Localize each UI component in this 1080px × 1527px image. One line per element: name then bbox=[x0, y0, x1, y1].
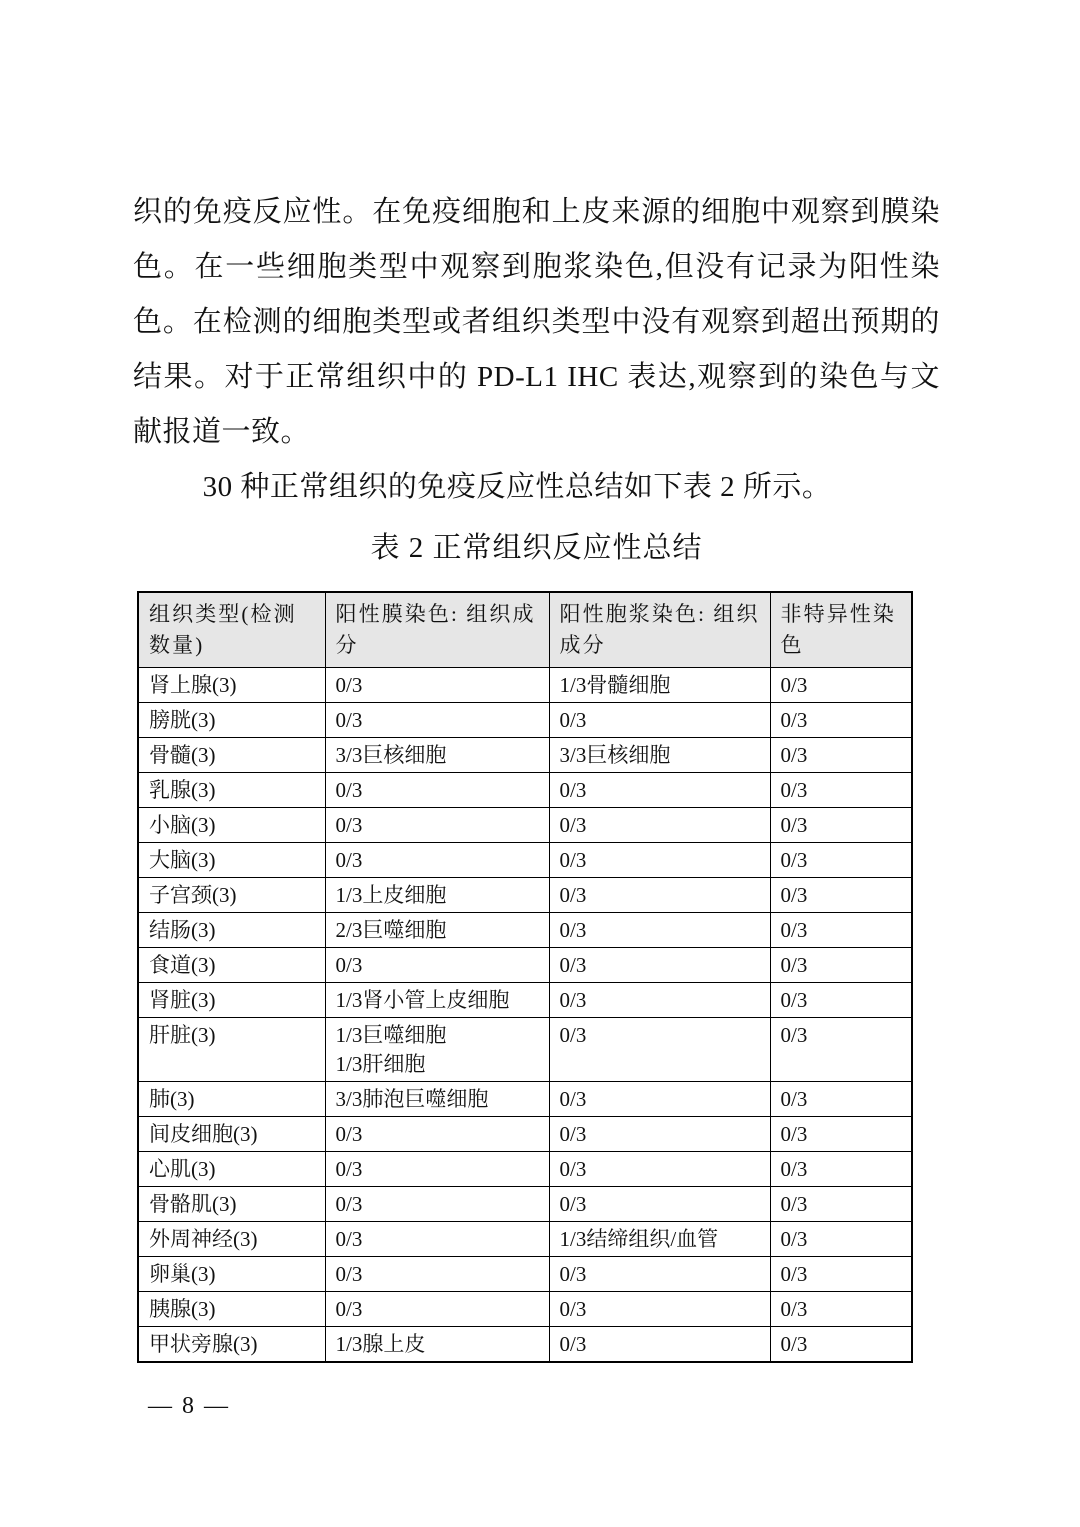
table-cell: 0/3 bbox=[325, 703, 549, 738]
table-cell: 0/3 bbox=[549, 1117, 770, 1152]
table-cell: 胰腺(3) bbox=[138, 1292, 325, 1327]
table-cell: 间皮细胞(3) bbox=[138, 1117, 325, 1152]
body-paragraph-1: 织的免疫反应性。在免疫细胞和上皮来源的细胞中观察到膜染色。在一些细胞类型中观察到… bbox=[133, 185, 940, 460]
table-cell: 0/3 bbox=[770, 1292, 912, 1327]
table-cell: 0/3 bbox=[770, 1117, 912, 1152]
table-cell: 0/3 bbox=[770, 703, 912, 738]
table-cell: 0/3 bbox=[770, 808, 912, 843]
document-page: 织的免疫反应性。在免疫细胞和上皮来源的细胞中观察到膜染色。在一些细胞类型中观察到… bbox=[0, 0, 1080, 1527]
table-cell: 0/3 bbox=[325, 1152, 549, 1187]
column-header-tissue-type: 组织类型(检测数量) bbox=[138, 592, 325, 668]
table-cell: 0/3 bbox=[549, 1152, 770, 1187]
table-row: 甲状旁腺(3)1/3腺上皮0/30/3 bbox=[138, 1327, 912, 1363]
table-cell: 0/3 bbox=[325, 1117, 549, 1152]
table-body: 肾上腺(3)0/31/3骨髓细胞0/3膀胱(3)0/30/30/3骨髓(3)3/… bbox=[138, 668, 912, 1363]
table-row: 骨骼肌(3)0/30/30/3 bbox=[138, 1187, 912, 1222]
table-cell: 骨髓(3) bbox=[138, 738, 325, 773]
table-cell: 1/3肾小管上皮细胞 bbox=[325, 983, 549, 1018]
table-cell: 0/3 bbox=[549, 1187, 770, 1222]
table-cell: 0/3 bbox=[770, 1152, 912, 1187]
table-cell: 0/3 bbox=[770, 1327, 912, 1363]
table-cell: 3/3巨核细胞 bbox=[549, 738, 770, 773]
table-cell: 0/3 bbox=[325, 668, 549, 703]
page-number: — 8 — bbox=[148, 1393, 230, 1420]
table-cell: 1/3上皮细胞 bbox=[325, 878, 549, 913]
table-cell: 肺(3) bbox=[138, 1082, 325, 1117]
table-row: 肾脏(3)1/3肾小管上皮细胞0/30/3 bbox=[138, 983, 912, 1018]
table-cell: 0/3 bbox=[325, 1257, 549, 1292]
table-cell: 1/3巨噬细胞 1/3肝细胞 bbox=[325, 1018, 549, 1082]
table-cell: 0/3 bbox=[549, 773, 770, 808]
table-cell: 1/3结缔组织/血管 bbox=[549, 1222, 770, 1257]
table-title: 表 2 正常组织反应性总结 bbox=[133, 527, 940, 569]
table-cell: 乳腺(3) bbox=[138, 773, 325, 808]
table-cell: 0/3 bbox=[549, 1327, 770, 1363]
table-row: 食道(3)0/30/30/3 bbox=[138, 948, 912, 983]
table-cell: 肝脏(3) bbox=[138, 1018, 325, 1082]
body-paragraph-2: 30 种正常组织的免疫反应性总结如下表 2 所示。 bbox=[133, 460, 940, 515]
table-row: 乳腺(3)0/30/30/3 bbox=[138, 773, 912, 808]
table-cell: 结肠(3) bbox=[138, 913, 325, 948]
table-cell: 食道(3) bbox=[138, 948, 325, 983]
table-cell: 肾脏(3) bbox=[138, 983, 325, 1018]
table-cell: 0/3 bbox=[770, 773, 912, 808]
table-cell: 0/3 bbox=[549, 983, 770, 1018]
column-header-membrane-staining: 阳性膜染色: 组织成分 bbox=[325, 592, 549, 668]
table-header-row: 组织类型(检测数量) 阳性膜染色: 组织成分 阳性胞浆染色: 组织成分 非特异性… bbox=[138, 592, 912, 668]
table-cell: 0/3 bbox=[549, 1018, 770, 1082]
table-cell: 大脑(3) bbox=[138, 843, 325, 878]
table-cell: 0/3 bbox=[549, 808, 770, 843]
table-row: 胰腺(3)0/30/30/3 bbox=[138, 1292, 912, 1327]
table-row: 子宫颈(3)1/3上皮细胞0/30/3 bbox=[138, 878, 912, 913]
table-row: 大脑(3)0/30/30/3 bbox=[138, 843, 912, 878]
table-cell: 0/3 bbox=[549, 878, 770, 913]
table-cell: 0/3 bbox=[770, 738, 912, 773]
table-cell: 3/3巨核细胞 bbox=[325, 738, 549, 773]
table-cell: 3/3肺泡巨噬细胞 bbox=[325, 1082, 549, 1117]
table-cell: 0/3 bbox=[770, 878, 912, 913]
table-row: 骨髓(3)3/3巨核细胞3/3巨核细胞0/3 bbox=[138, 738, 912, 773]
table-row: 心肌(3)0/30/30/3 bbox=[138, 1152, 912, 1187]
table-row: 肾上腺(3)0/31/3骨髓细胞0/3 bbox=[138, 668, 912, 703]
table-cell: 骨骼肌(3) bbox=[138, 1187, 325, 1222]
table-row: 肺(3)3/3肺泡巨噬细胞0/30/3 bbox=[138, 1082, 912, 1117]
table-cell: 0/3 bbox=[549, 913, 770, 948]
table-cell: 0/3 bbox=[770, 1187, 912, 1222]
table-cell: 0/3 bbox=[549, 1257, 770, 1292]
table-cell: 1/3腺上皮 bbox=[325, 1327, 549, 1363]
table-cell: 0/3 bbox=[549, 703, 770, 738]
table-cell: 卵巢(3) bbox=[138, 1257, 325, 1292]
table-cell: 0/3 bbox=[325, 773, 549, 808]
table-cell: 0/3 bbox=[549, 1292, 770, 1327]
table-cell: 2/3巨噬细胞 bbox=[325, 913, 549, 948]
table-row: 小脑(3)0/30/30/3 bbox=[138, 808, 912, 843]
table-row: 肝脏(3)1/3巨噬细胞 1/3肝细胞0/30/3 bbox=[138, 1018, 912, 1082]
table-cell: 甲状旁腺(3) bbox=[138, 1327, 325, 1363]
table-cell: 0/3 bbox=[770, 913, 912, 948]
table-cell: 0/3 bbox=[770, 948, 912, 983]
table-cell: 0/3 bbox=[770, 1222, 912, 1257]
table-cell: 0/3 bbox=[770, 843, 912, 878]
table-cell: 0/3 bbox=[325, 843, 549, 878]
table-cell: 子宫颈(3) bbox=[138, 878, 325, 913]
table-cell: 0/3 bbox=[325, 1292, 549, 1327]
table-cell: 1/3骨髓细胞 bbox=[549, 668, 770, 703]
table-cell: 0/3 bbox=[549, 843, 770, 878]
table-cell: 0/3 bbox=[325, 1222, 549, 1257]
table-cell: 0/3 bbox=[325, 808, 549, 843]
table-cell: 外周神经(3) bbox=[138, 1222, 325, 1257]
table-cell: 0/3 bbox=[770, 1082, 912, 1117]
table-cell: 0/3 bbox=[770, 1018, 912, 1082]
table-cell: 0/3 bbox=[770, 983, 912, 1018]
column-header-cytoplasmic-staining: 阳性胞浆染色: 组织成分 bbox=[549, 592, 770, 668]
table-cell: 小脑(3) bbox=[138, 808, 325, 843]
table-row: 膀胱(3)0/30/30/3 bbox=[138, 703, 912, 738]
table-cell: 膀胱(3) bbox=[138, 703, 325, 738]
table-row: 卵巢(3)0/30/30/3 bbox=[138, 1257, 912, 1292]
table-cell: 0/3 bbox=[325, 1187, 549, 1222]
table-cell: 肾上腺(3) bbox=[138, 668, 325, 703]
table-row: 结肠(3)2/3巨噬细胞0/30/3 bbox=[138, 913, 912, 948]
table-cell: 0/3 bbox=[549, 948, 770, 983]
table-cell: 0/3 bbox=[549, 1082, 770, 1117]
table-cell: 心肌(3) bbox=[138, 1152, 325, 1187]
table-row: 间皮细胞(3)0/30/30/3 bbox=[138, 1117, 912, 1152]
column-header-nonspecific-staining: 非特异性染色 bbox=[770, 592, 912, 668]
table-cell: 0/3 bbox=[770, 668, 912, 703]
table-cell: 0/3 bbox=[770, 1257, 912, 1292]
table-cell: 0/3 bbox=[325, 948, 549, 983]
normal-tissue-reactivity-table: 组织类型(检测数量) 阳性膜染色: 组织成分 阳性胞浆染色: 组织成分 非特异性… bbox=[137, 591, 913, 1363]
table-row: 外周神经(3)0/31/3结缔组织/血管0/3 bbox=[138, 1222, 912, 1257]
